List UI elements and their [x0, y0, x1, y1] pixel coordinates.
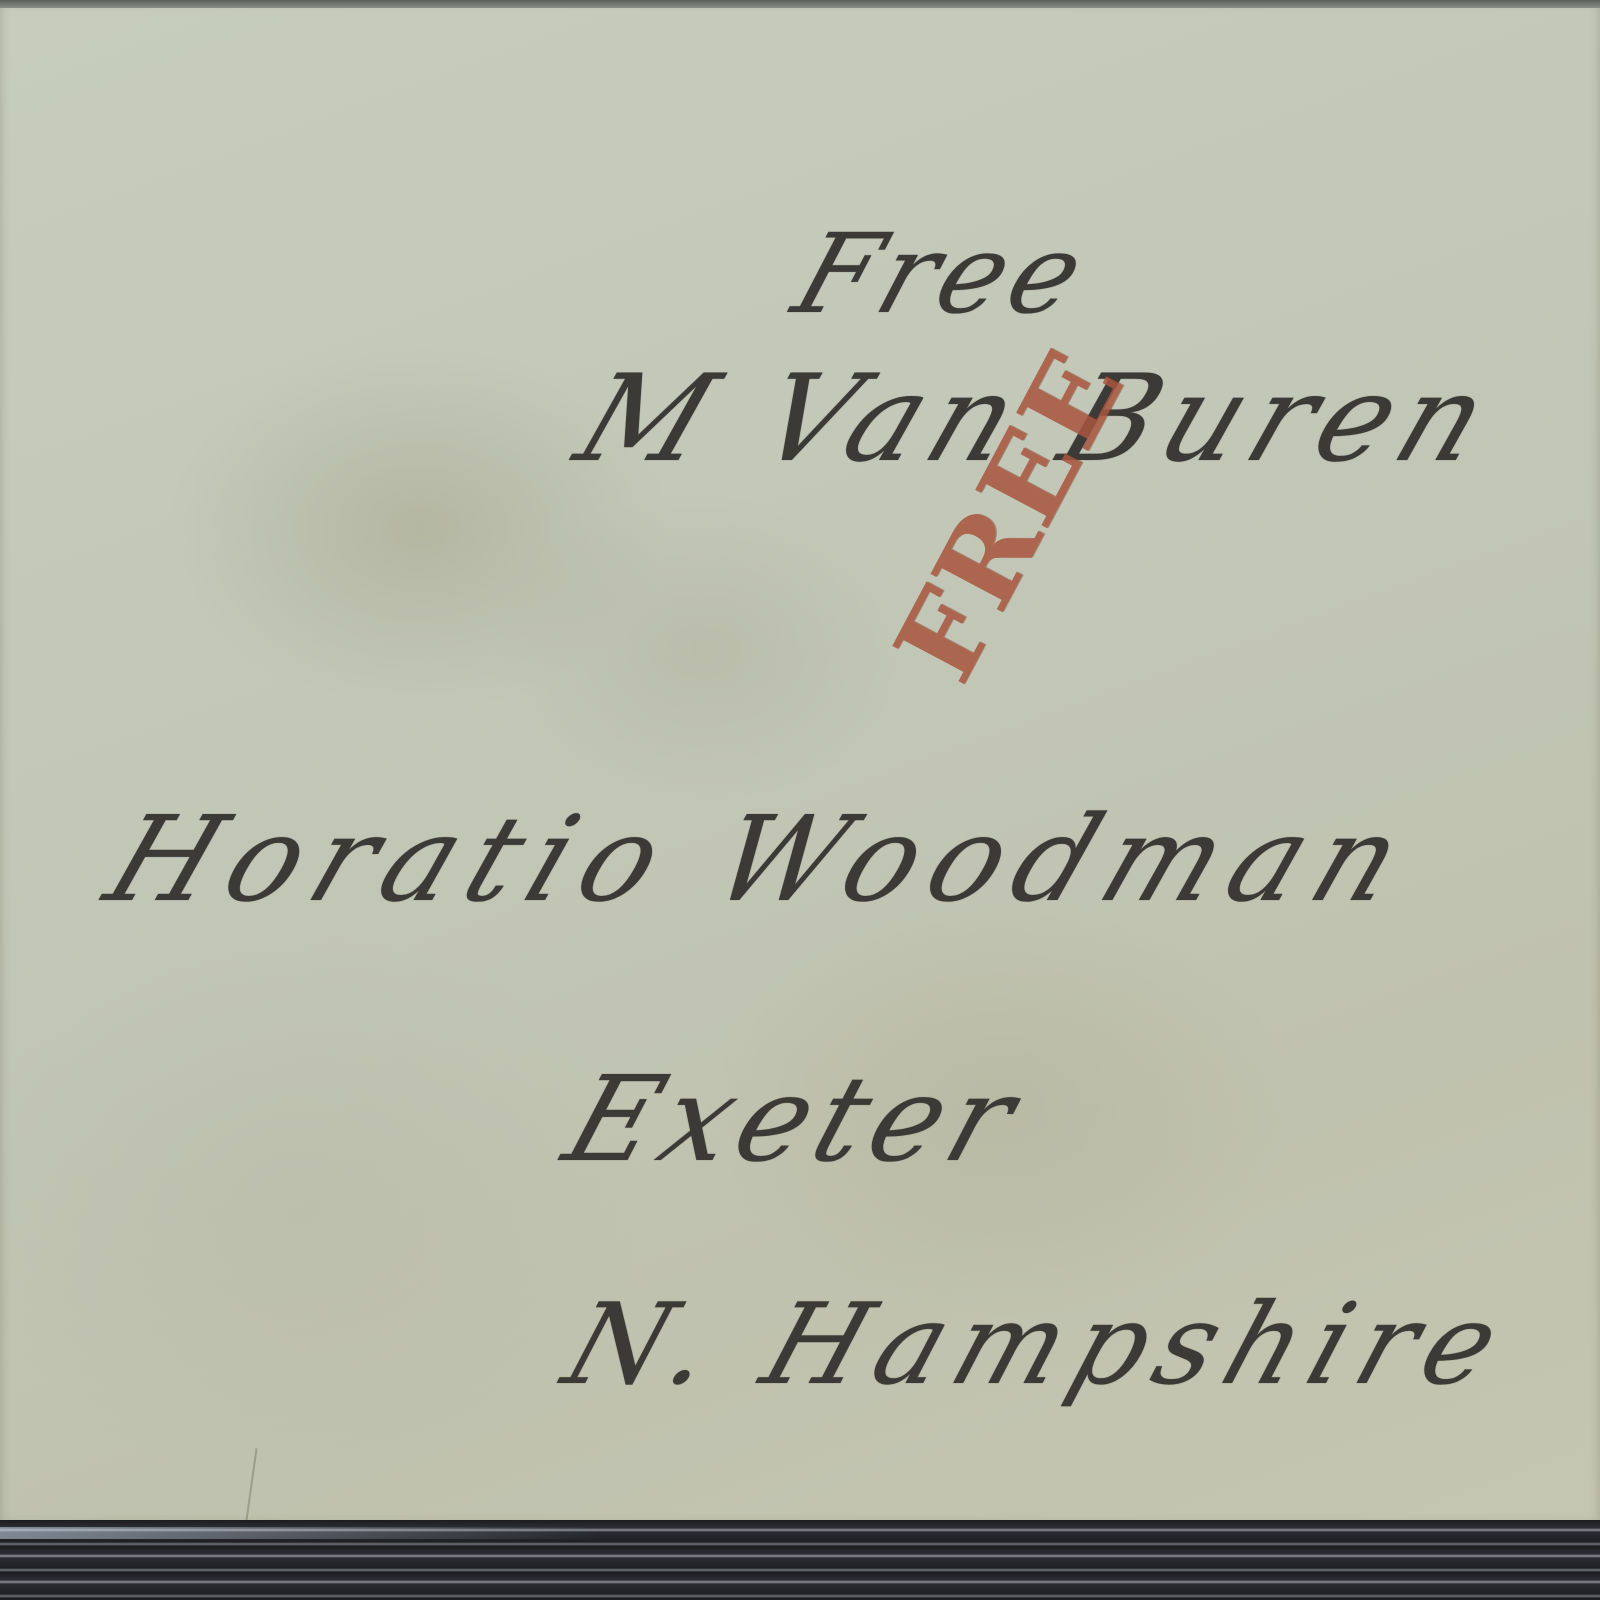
addressee-state: N. Hampshire	[550, 1280, 1526, 1410]
addressee-name: Horatio Woodman	[90, 790, 1434, 928]
paper-crease	[244, 1448, 257, 1527]
addressee-city: Exeter	[550, 1050, 1039, 1188]
sleeve-reflection	[0, 1527, 600, 1539]
frank-free-word: Free	[780, 210, 1105, 338]
